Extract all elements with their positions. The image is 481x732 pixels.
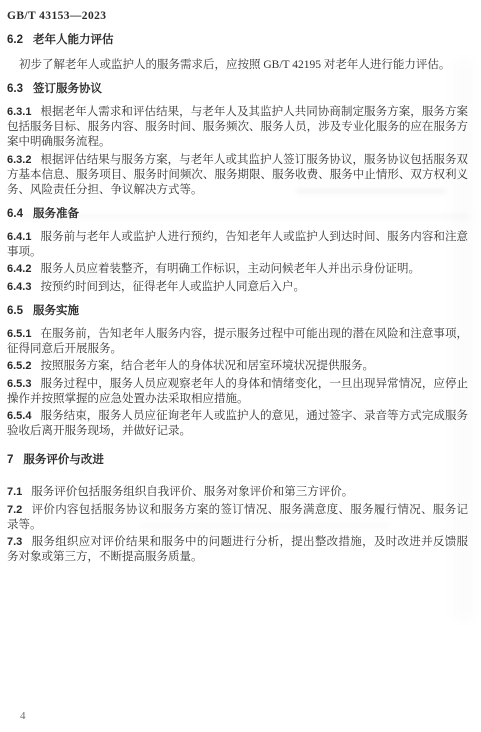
clause-6-3-1: 6.3.1根据老年人需求和评估结果，与老年人及其监护人共同协商制定服务方案，服务… (7, 105, 468, 150)
clause-text: 服务组织应对评价结果和服务中的问题进行分析，提出整改措施，及时改进并反馈服务对象… (7, 536, 468, 563)
clause-text: 服务过程中，服务人员应观察老年人的身体和情绪变化，一旦出现异常情况，应停止操作并… (7, 378, 468, 405)
clause-text: 根据老年人需求和评估结果，与老年人及其监护人共同协商制定服务方案，服务方案包括服… (7, 106, 468, 148)
clause-number: 7.3 (7, 536, 22, 548)
document-header: GB/T 43153—2023 (7, 9, 468, 24)
clause-text: 按照服务方案，结合老年人的身体状况和居室环境状况提供服务。 (40, 360, 374, 372)
clause-text: 在服务前，告知老年人服务内容，提示服务过程中可能出现的潜在风险和注意事项，征得同… (7, 328, 468, 355)
clause-text: 服务结束，服务人员应征询老年人或监护人的意见，通过签字、录音等方式完成服务验收后… (7, 410, 468, 437)
clause-heading-title: 签订服务协议 (33, 83, 102, 95)
clause-heading-6-5: 6.5服务实施 (7, 304, 468, 319)
clause-6-5-1: 6.5.1在服务前，告知老年人服务内容，提示服务过程中可能出现的潜在风险和注意事… (7, 327, 468, 357)
clause-number: 6.4.1 (7, 231, 31, 243)
clause-heading-6-2: 6.2老年人能力评估 (7, 33, 468, 48)
clause-6-4-3: 6.4.3按预约时间到达，征得老年人或监护人同意后入户。 (7, 280, 468, 295)
clause-heading-6-3: 6.3签订服务协议 (7, 82, 468, 97)
paragraph-6-2: 初步了解老年人或监护人的服务需求后，应按照 GB/T 42195 对老年人进行能… (7, 58, 468, 73)
clause-text: 按预约时间到达，征得老年人或监护人同意后入户。 (40, 281, 305, 293)
clause-number: 7.2 (7, 504, 22, 516)
clause-heading-title: 服务实施 (33, 305, 79, 317)
clause-heading-title: 老年人能力评估 (33, 34, 114, 46)
clause-heading-number: 6.5 (7, 305, 23, 317)
clause-6-5-2: 6.5.2按照服务方案，结合老年人的身体状况和居室环境状况提供服务。 (7, 359, 468, 374)
clause-heading-title: 服务准备 (33, 208, 79, 220)
clause-heading-6-4: 6.4服务准备 (7, 207, 468, 222)
clause-number: 6.3.1 (7, 106, 31, 118)
clause-heading-number: 6.2 (7, 34, 23, 46)
clause-text: 评价内容包括服务协议和服务方案的签订情况、服务满意度、服务履行情况、服务记录等。 (7, 504, 468, 531)
chapter-heading-7: 7服务评价与改进 (7, 453, 468, 468)
clause-6-5-3: 6.5.3服务过程中，服务人员应观察老年人的身体和情绪变化，一旦出现异常情况，应… (7, 377, 468, 407)
clause-number: 6.4.3 (7, 281, 31, 293)
chapter-title: 服务评价与改进 (23, 454, 104, 466)
clause-text: 服务前与老年人或监护人进行预约，告知老年人或监护人到达时间、服务内容和注意事项。 (7, 231, 468, 258)
clause-6-5-4: 6.5.4服务结束，服务人员应征询老年人或监护人的意见，通过签字、录音等方式完成… (7, 409, 468, 439)
clause-text: 服务评价包括服务组织自我评价、服务对象评价和第三方评价。 (31, 486, 353, 498)
clause-number: 6.5.2 (7, 360, 31, 372)
chapter-number: 7 (7, 454, 13, 466)
clause-6-4-2: 6.4.2服务人员应着装整齐，有明确工作标识，主动问候老年人并出示身份证明。 (7, 262, 468, 277)
clause-number: 6.5.4 (7, 410, 31, 422)
clause-6-3-2: 6.3.2根据评估结果与服务方案，与老年人或其监护人签订服务协议，服务协议包括服… (7, 153, 468, 198)
clause-text: 根据评估结果与服务方案，与老年人或其监护人签订服务协议，服务协议包括服务双方基本… (7, 154, 468, 196)
standard-number: GB/T 43153—2023 (7, 10, 106, 22)
clause-text: 服务人员应着装整齐，有明确工作标识，主动问候老年人并出示身份证明。 (40, 263, 420, 275)
document-page: GB/T 43153—2023 6.2老年人能力评估 初步了解老年人或监护人的服… (0, 0, 481, 732)
page-number: 4 (20, 710, 26, 722)
clause-7-1: 7.1服务评价包括服务组织自我评价、服务对象评价和第三方评价。 (7, 485, 468, 500)
clause-number: 7.1 (7, 486, 22, 498)
clause-7-2: 7.2评价内容包括服务协议和服务方案的签订情况、服务满意度、服务履行情况、服务记… (7, 503, 468, 533)
clause-number: 6.4.2 (7, 263, 31, 275)
clause-number: 6.5.3 (7, 378, 31, 390)
clause-number: 6.5.1 (7, 328, 31, 340)
clause-6-4-1: 6.4.1服务前与老年人或监护人进行预约，告知老年人或监护人到达时间、服务内容和… (7, 230, 468, 260)
clause-heading-number: 6.3 (7, 83, 23, 95)
clause-7-3: 7.3服务组织应对评价结果和服务中的问题进行分析，提出整改措施，及时改进并反馈服… (7, 535, 468, 565)
clause-number: 6.3.2 (7, 154, 31, 166)
clause-heading-number: 6.4 (7, 208, 23, 220)
